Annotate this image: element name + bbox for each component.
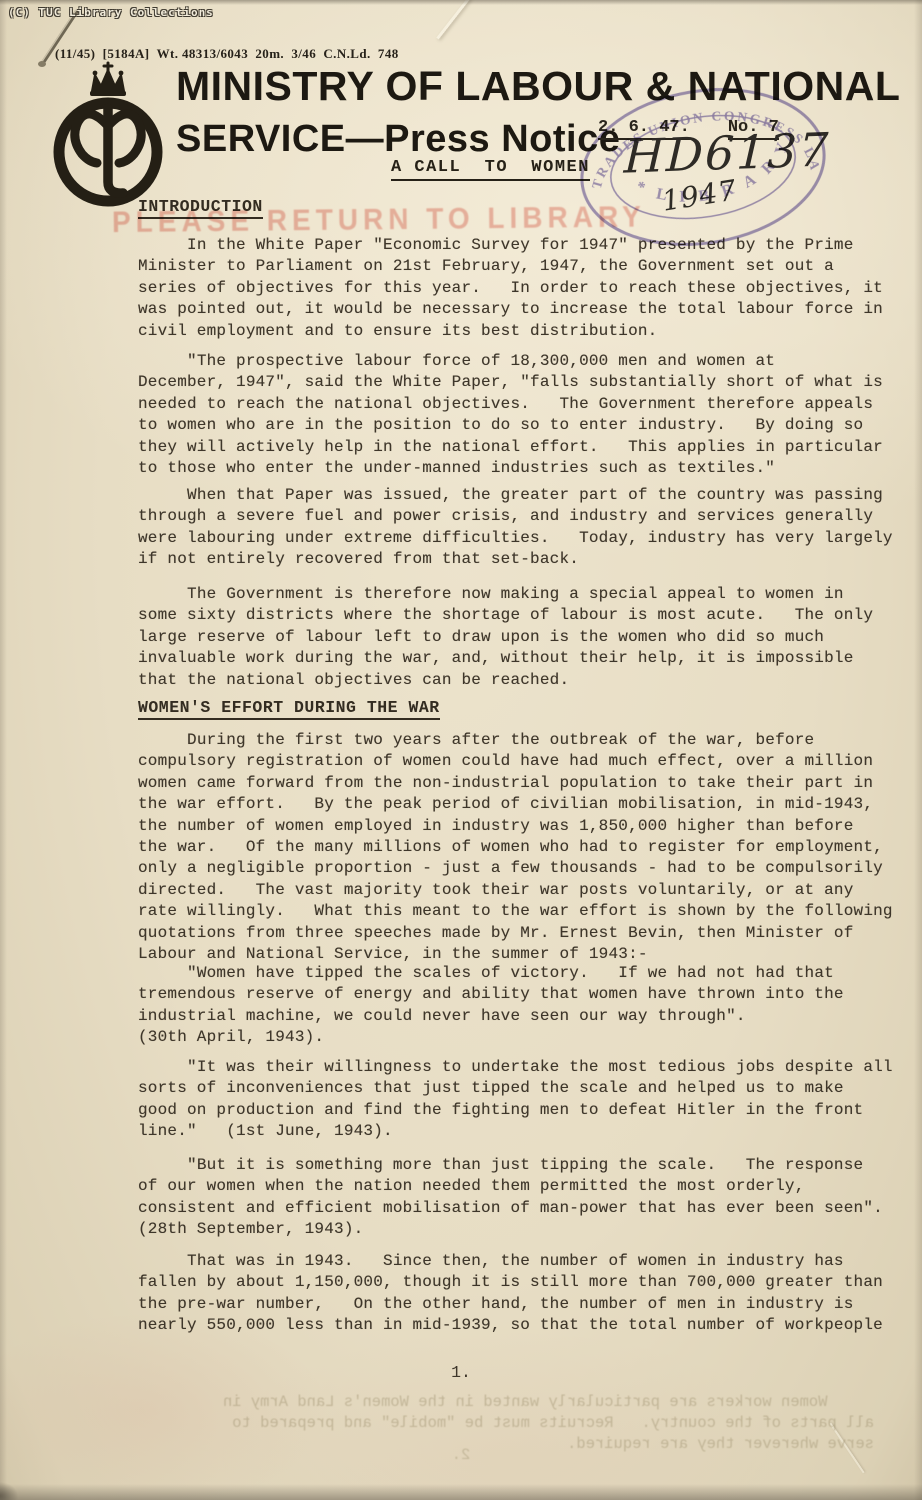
paragraph: In the White Paper "Economic Survey for … [138, 235, 910, 342]
paragraph: "Women have tipped the scales of victory… [138, 963, 910, 1049]
paragraph: "But it is something more than just tipp… [138, 1155, 910, 1241]
please-return-stamp: PLEASE RETURN TO LIBRARY [112, 203, 646, 238]
tuc-library-watermark: (C) TUC Library Collections [8, 6, 214, 20]
page-number: 1. [0, 1363, 922, 1382]
paragraph: That was in 1943. Since then, the number… [138, 1251, 910, 1337]
section-heading: WOMEN'S EFFORT DURING THE WAR [138, 698, 440, 717]
paragraph: During the first two years after the out… [138, 730, 910, 965]
paragraph: When that Paper was issued, the greater … [138, 485, 910, 571]
paragraph: "It was their willingness to undertake t… [138, 1057, 910, 1143]
scanned-document-page: (C) TUC Library Collections (11/45) [518… [0, 0, 922, 1500]
paragraph: "The prospective labour force of 18,300,… [138, 351, 910, 479]
paragraph: The Government is therefore now making a… [138, 584, 910, 691]
